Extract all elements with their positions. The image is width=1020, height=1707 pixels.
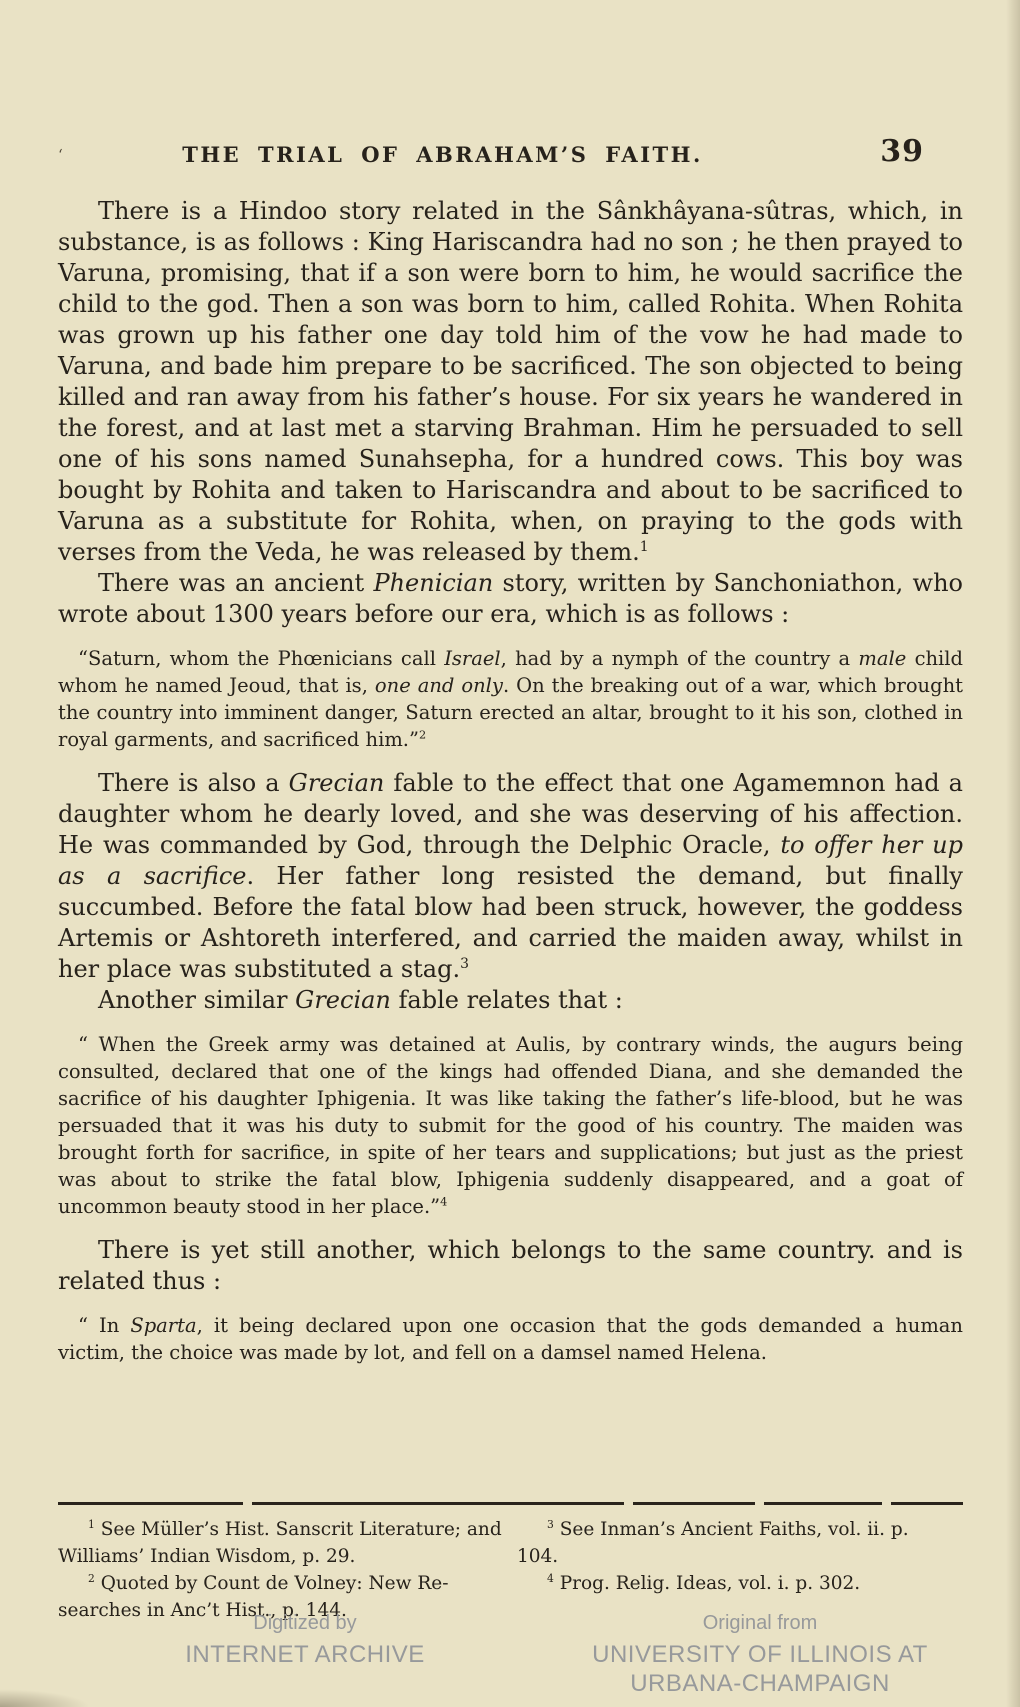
text-run: There is yet still another, which belong… — [58, 1236, 963, 1295]
footer-original-label: Original from — [540, 1612, 980, 1635]
body-paragraph: Another similar Grecian fable relates th… — [58, 985, 963, 1016]
body-paragraph: There was an ancient Phenician story, wr… — [58, 568, 963, 630]
footnote-ref: 4 — [440, 1196, 447, 1209]
footnote-line: 2 Quoted by Count de Volney: New Re- — [58, 1570, 504, 1597]
running-header-title: THE TRIAL OF ABRAHAM’S FAITH. — [160, 142, 725, 167]
footer-digitized-label: Digitized by — [140, 1612, 470, 1635]
quoted-extract: “Saturn, whom the Phœnicians call Israel… — [58, 645, 963, 753]
footnote-line: Williams’ Indian Wisdom, p. 29. — [58, 1543, 504, 1570]
rule-segment — [58, 1502, 243, 1505]
text-run: fable relates that : — [391, 986, 623, 1014]
rule-segment — [764, 1502, 882, 1505]
text-run: There is a Hindoo story related in the S… — [58, 197, 963, 566]
footnote-ref: 2 — [419, 729, 426, 742]
footnote-rule — [58, 1502, 963, 1505]
italic-text: Sparta — [130, 1314, 196, 1337]
italic-text: one and only — [375, 674, 503, 697]
footer-university-name: UNIVERSITY OF ILLINOIS AT URBANA-CHAMPAI… — [540, 1640, 980, 1698]
footer-original-block: Original from UNIVERSITY OF ILLINOIS AT … — [540, 1612, 980, 1698]
body-paragraph: There is a Hindoo story related in the S… — [58, 196, 963, 568]
book-page-scan: ʻ THE TRIAL OF ABRAHAM’S FAITH. 39 There… — [0, 0, 1020, 1707]
text-run: “Saturn, whom the Phœnicians call — [78, 647, 444, 670]
footnotes-left: 1 See Müller’s Hist. Sanscrit Literature… — [58, 1516, 504, 1624]
rule-segment — [633, 1502, 755, 1505]
footnotes-right: 3 See Inman’s Ancient Faiths, vol. ii. p… — [517, 1516, 963, 1624]
footnote-ref: 3 — [460, 956, 469, 972]
footnote-ref: 1 — [640, 539, 649, 555]
italic-text: Grecian — [289, 769, 385, 797]
footnote-marker: 4 — [547, 1572, 554, 1585]
text-run: “ When the Greek army was detained at Au… — [58, 1033, 963, 1218]
italic-text: Israel — [444, 647, 500, 670]
page-number: 39 — [880, 134, 924, 169]
footer-university-line1: UNIVERSITY OF ILLINOIS AT — [540, 1640, 980, 1669]
italic-text: male — [858, 647, 906, 670]
stray-ink-mark: ʻ — [58, 146, 63, 164]
text-run: There is also a — [98, 769, 289, 797]
body-paragraph: There is also a Grecian fable to the eff… — [58, 768, 963, 985]
quoted-extract: “ When the Greek army was detained at Au… — [58, 1031, 963, 1220]
text-run: There was an ancient — [98, 569, 373, 597]
italic-text: Grecian — [295, 986, 391, 1014]
footnote-marker: 1 — [88, 1518, 95, 1531]
footnote-line: 1 See Müller’s Hist. Sanscrit Literature… — [58, 1516, 504, 1543]
footnote-marker: 3 — [547, 1518, 554, 1531]
footer-archive-name: INTERNET ARCHIVE — [140, 1640, 470, 1669]
text-run: “ In — [78, 1314, 130, 1337]
footer-university-line2: URBANA-CHAMPAIGN — [540, 1669, 980, 1698]
rule-segment — [891, 1502, 963, 1505]
footnotes: 1 See Müller’s Hist. Sanscrit Literature… — [58, 1516, 963, 1624]
footnote-line: 4 Prog. Relig. Ideas, vol. i. p. 302. — [517, 1570, 963, 1597]
footnote-line: 3 See Inman’s Ancient Faiths, vol. ii. p… — [517, 1516, 963, 1543]
quoted-extract: “ In Sparta, it being declared upon one … — [58, 1312, 963, 1366]
footer-digitized-block: Digitized by INTERNET ARCHIVE — [140, 1612, 470, 1669]
footnote-marker: 2 — [88, 1572, 95, 1585]
italic-text: Phenician — [373, 569, 493, 597]
text-run: Another similar — [98, 986, 295, 1014]
footnote-line: 104. — [517, 1543, 963, 1570]
page-content: There is a Hindoo story related in the S… — [58, 196, 963, 1381]
rule-segment — [252, 1502, 624, 1505]
body-paragraph: There is yet still another, which belong… — [58, 1235, 963, 1297]
text-run: , had by a nymph of the country a — [501, 647, 859, 670]
